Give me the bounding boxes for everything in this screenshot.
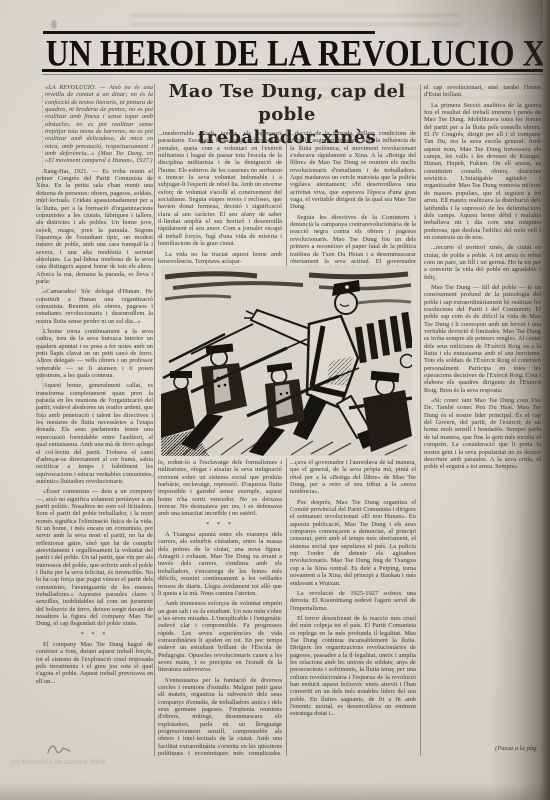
column-rule-3: [420, 84, 421, 756]
text-column-2-top: ...inesborrable d'odi contra els opresso…: [158, 130, 282, 266]
paragraph: El terror desenfrenat de la reacció més …: [290, 615, 416, 718]
paragraph: Xang-Hai, 1921. — Es troba reunit el pri…: [36, 168, 153, 286]
pencil-mark: [46, 742, 72, 756]
column-rule-2a: [286, 131, 287, 266]
paragraph: Amb immensos esforços de voluntat emprèn…: [158, 600, 282, 673]
book-gutter-shadow: [492, 0, 550, 800]
paragraph: L'home torna contínuament a la seva cadi…: [36, 328, 153, 379]
paper-speck: [51, 20, 57, 29]
paragraph: ...ducció de la jornada, millors condici…: [290, 130, 416, 211]
paragraph: Seguia les directives de la Comintern i …: [290, 214, 416, 266]
paragraph: La revolució de 1925-1927 sofreix una de…: [290, 590, 416, 612]
paragraph: Poc després, Mao Tse Dung organitza el C…: [290, 499, 416, 587]
text-column-2-bottom: lo, reduir-lo a l'esclavatge dels formal…: [158, 459, 282, 756]
section-separator: * * *: [36, 631, 153, 638]
text-column-3-top: ...ducció de la jornada, millors condici…: [290, 130, 416, 266]
text-column-3-bottom: ...çava el governador i l'aureolava de t…: [290, 459, 416, 756]
book-gutter-edge: [543, 0, 550, 800]
bottom-edge-shadow: [0, 782, 550, 800]
column-rule-2b: [286, 458, 287, 756]
paragraph: «Ésser comunista — deia a un company —, …: [36, 488, 153, 628]
section-separator: * * *: [158, 521, 282, 528]
charging-soldiers-engraving: [161, 266, 412, 456]
column-rule-1: [154, 84, 155, 756]
paragraph: ...inesborrable d'odi contra els opresso…: [158, 130, 282, 248]
scanned-newspaper-page: UN HEROI DE LA REVOLUCIO XINESA Mao Tse …: [0, 0, 550, 800]
epigraph-quote: «LA REVOLUCIÓ. — Això no és una revetlla…: [45, 84, 153, 165]
archive-watermark: (c) Ministerio de Cultura 2008: [11, 759, 105, 766]
paragraph: El company Mao Tse Dung hagué de conèixe…: [36, 641, 153, 685]
paragraph: «Camarades! Sóc delegat d'Hunan. He cons…: [36, 288, 153, 325]
paragraph: La vida no ha tractat aquest home amb be…: [158, 251, 282, 266]
paragraph: Aquest home, generalment callat, es tran…: [36, 382, 153, 485]
paragraph: ...çava el governador i l'aureolava de t…: [290, 459, 416, 496]
paragraph: A Txangxa apuntà entre els viaranys dels…: [158, 531, 282, 597]
text-column-1: «LA REVOLUCIÓ. — Això no és una revetlla…: [36, 84, 153, 756]
paragraph: S'entusiasma per la fundació de diversos…: [158, 677, 282, 756]
paragraph: lo, reduir-lo a l'esclavatge dels formal…: [158, 459, 282, 518]
woodcut-illustration: [161, 266, 412, 456]
subtitle-line-1: Mao Tse Dung, cap del poble: [157, 80, 417, 126]
